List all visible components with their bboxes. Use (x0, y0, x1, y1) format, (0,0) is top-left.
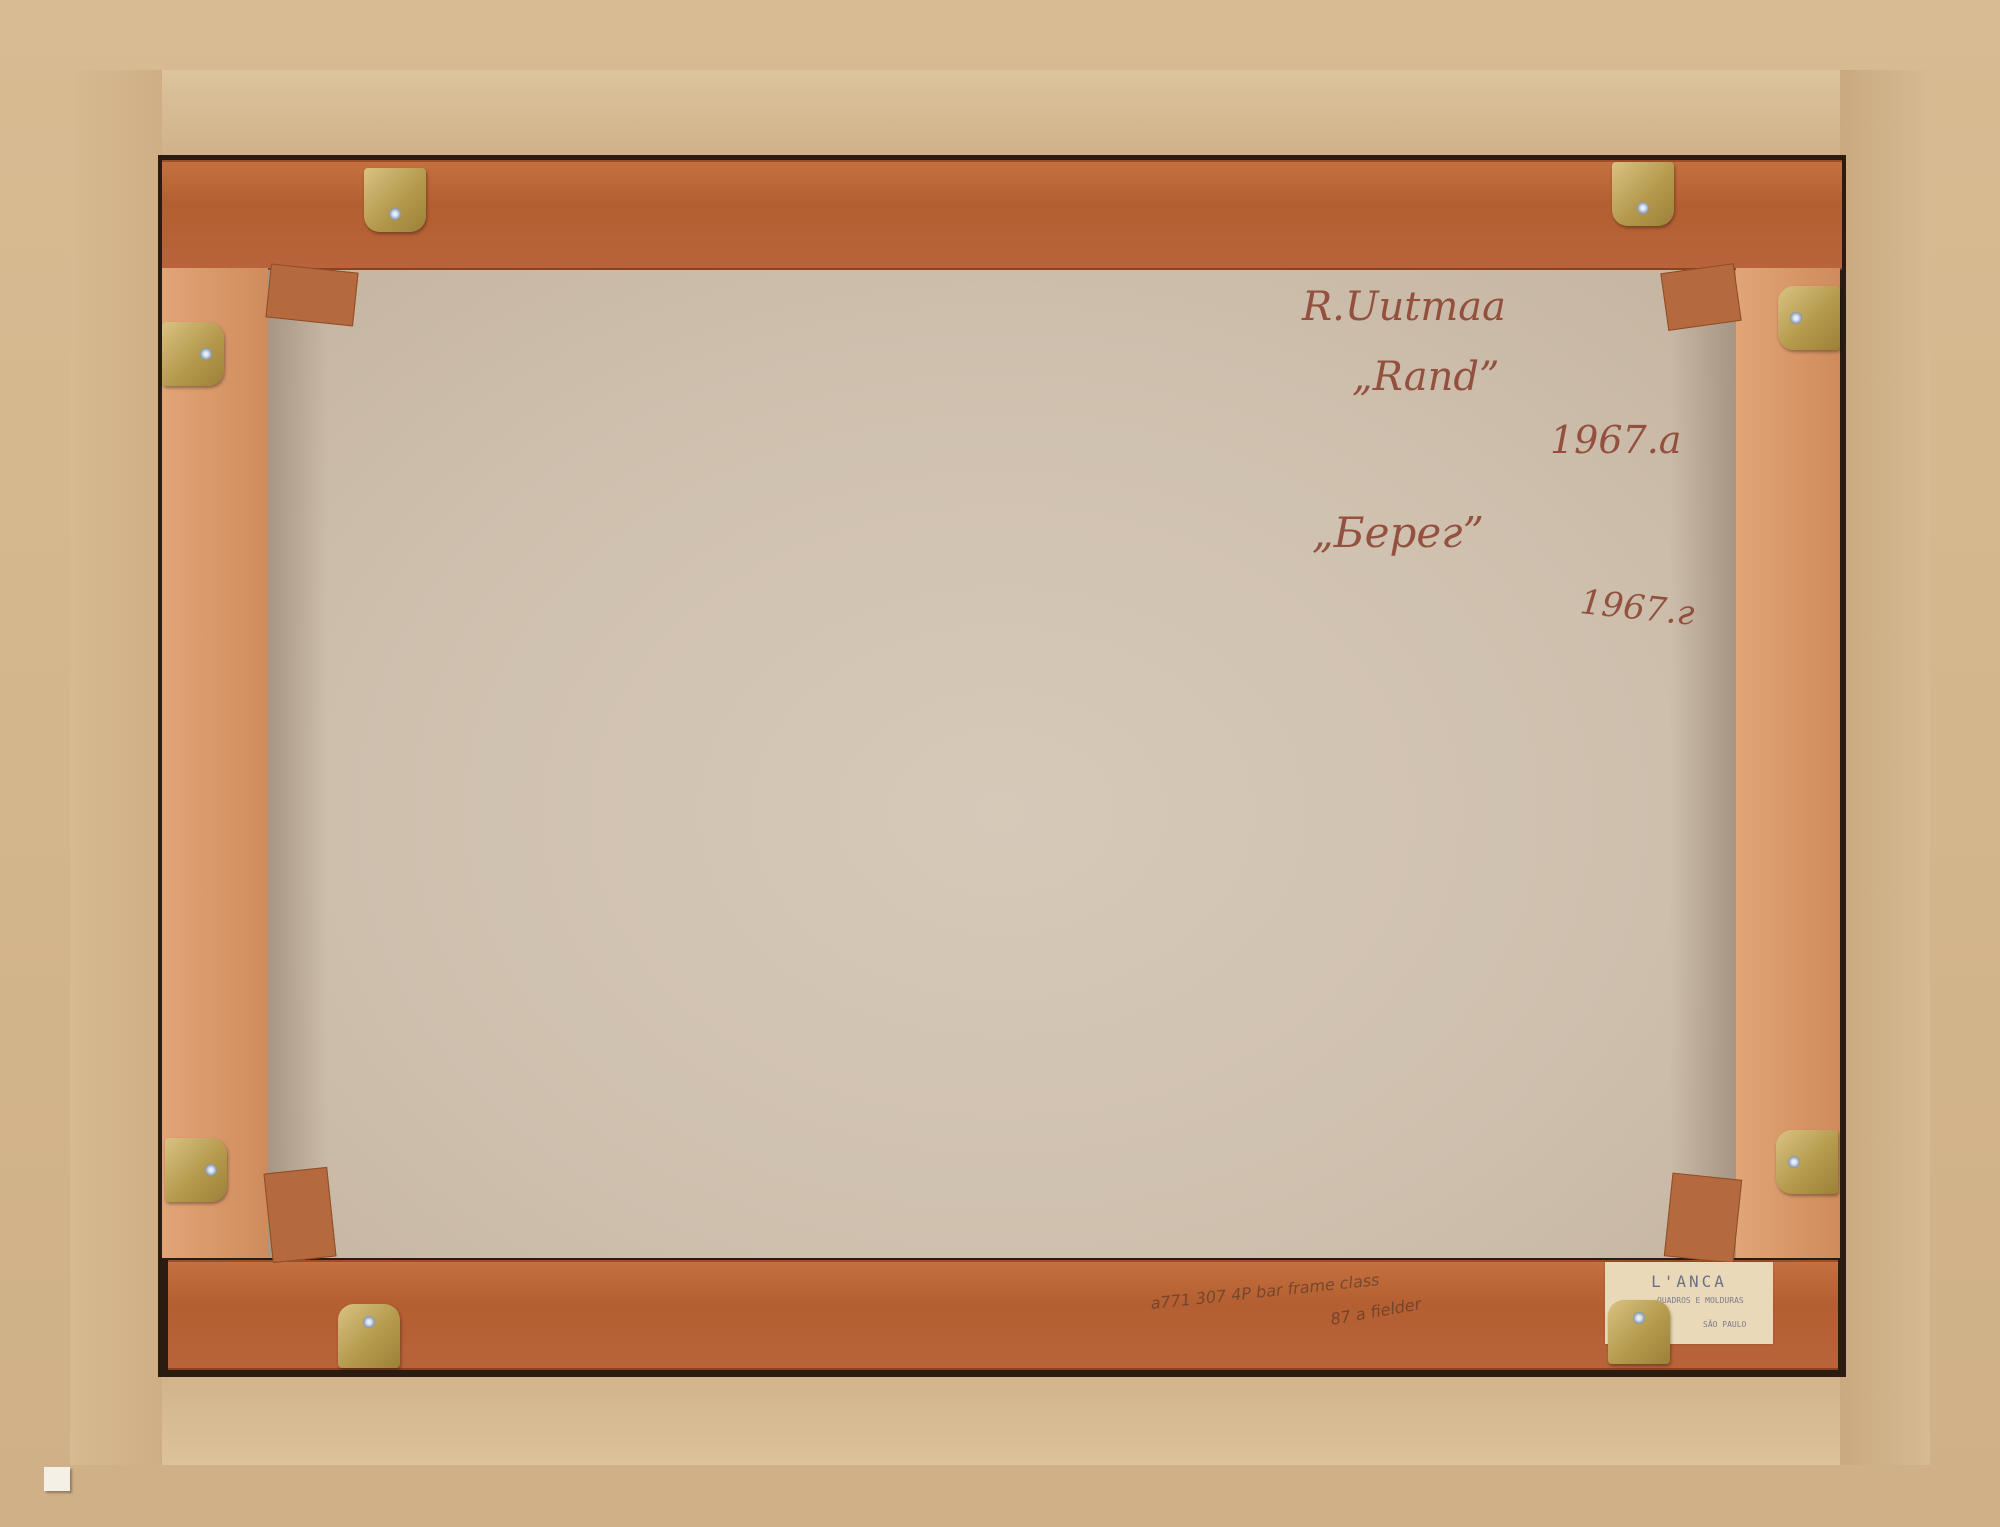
screw-icon (389, 208, 401, 220)
screw-icon (1633, 1312, 1645, 1324)
frame-rail-left (70, 70, 162, 1465)
brass-plate-right-bottom (1776, 1130, 1838, 1194)
inscription-title-russian: „Берег” (1312, 508, 1484, 557)
screw-icon (1637, 202, 1649, 214)
brass-plate-top-right (1612, 162, 1674, 226)
screw-icon (1788, 1156, 1800, 1168)
label-line2: SÃO PAULO (1703, 1320, 1746, 1329)
corner-key-top-right (1660, 263, 1741, 331)
canvas-back (268, 268, 1736, 1258)
stretcher-bar-right (1736, 268, 1840, 1258)
label-title: L'ANCA (1605, 1272, 1773, 1291)
stretcher-bar-left (162, 268, 268, 1258)
brass-plate-bottom-left (338, 1304, 400, 1368)
brass-plate-left-bottom (165, 1138, 227, 1202)
corner-key-bottom-right (1664, 1173, 1742, 1264)
corner-key-bottom-left (263, 1167, 336, 1263)
screw-icon (205, 1164, 217, 1176)
brass-plate-left-top (162, 322, 224, 386)
canvas-shadow-right (1670, 268, 1736, 1258)
brass-plate-bottom-right (1608, 1300, 1670, 1364)
inscription-title-estonian: „Rand” (1352, 354, 1499, 400)
brass-plate-top-left (364, 168, 426, 232)
frame-rail-bottom (70, 1375, 1930, 1465)
label-line1: QUADROS E MOLDURAS (1657, 1296, 1744, 1305)
brass-plate-right-top (1778, 286, 1840, 350)
frame-rail-top (70, 70, 1930, 158)
white-tag (44, 1467, 70, 1491)
corner-key-top-left (265, 264, 358, 327)
screw-icon (1790, 312, 1802, 324)
screw-icon (363, 1316, 375, 1328)
screw-icon (200, 348, 212, 360)
stretcher-bar-bottom (168, 1260, 1838, 1370)
inscription-artist: R.Uutmaa (1302, 284, 1506, 330)
inscription-year-1: 1967.a (1550, 418, 1681, 462)
canvas-shadow-left (268, 268, 328, 1258)
frame-rail-right (1840, 70, 1930, 1465)
